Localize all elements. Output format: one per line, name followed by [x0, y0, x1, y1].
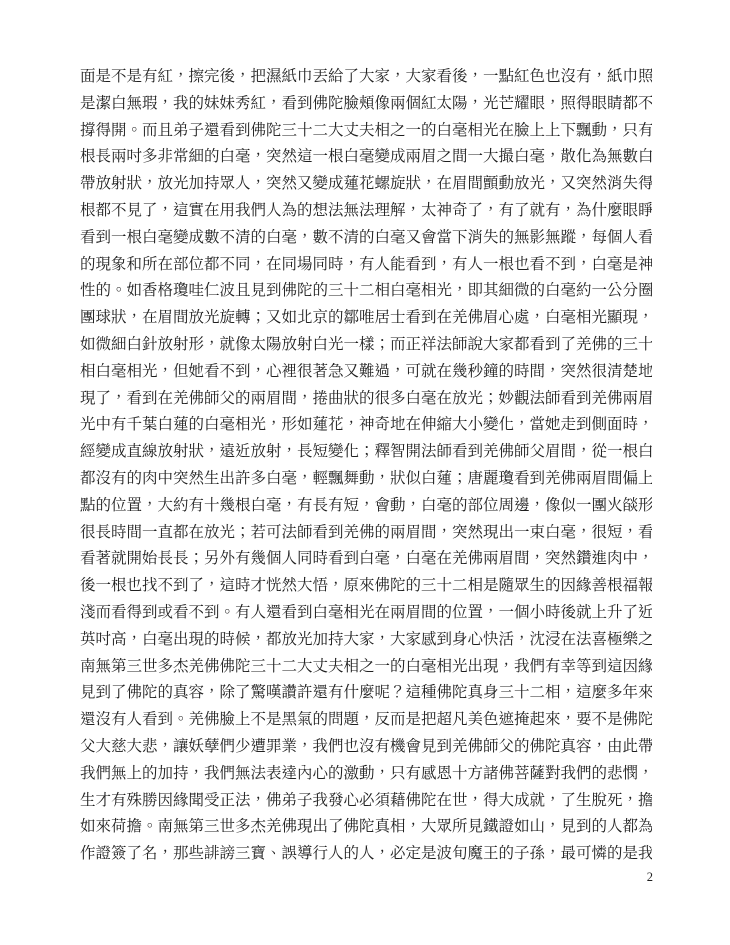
text-line: 看到一根白毫變成數不清的白毫，數不清的白毫又會當下消失的無影無蹤，每個人看到: [80, 225, 652, 252]
text-line: 南無第三世多杰羌佛佛陀三十二大丈夫相之一的白毫相光出現，我們有幸等到這因緣，: [80, 654, 652, 681]
text-line: 如來荷擔。南無第三世多杰羌佛現出了佛陀真相，大眾所見鐵證如山，見到的人都為此: [80, 814, 652, 841]
text-line: 英吋高，白毫出現的時候，都放光加持大家，大家感到身心快活，沈浸在法喜極樂之中，: [80, 627, 652, 654]
text-line: 是潔白無瑕，我的妹妹秀紅，看到佛陀臉頰像兩個紅太陽，光芒耀眼，照得眼睛都不太: [80, 91, 652, 118]
text-line: 點的位置，大約有十幾根白毫，有長有短，會動，白毫的部位周邊，像似一團火燄形狀，: [80, 493, 652, 520]
text-line: 如微細白針放射形，就像太陽放射白光一樣；而正祥法師說大家都看到了羌佛的三十二: [80, 332, 652, 359]
body-text: 面是不是有紅，擦完後，把濕紙巾丟給了大家，大家看後，一點紅色也沒有，紙巾照常是潔…: [80, 64, 652, 868]
text-line: 父大慈大悲，讓妖孽們少遭罪業，我們也沒有機會見到羌佛師父的佛陀真容，由此帶給: [80, 734, 652, 761]
text-line: 後一根也找不到了，這時才恍然大悟，原來佛陀的三十二相是隨眾生的因緣善根福報深: [80, 573, 652, 600]
text-line: 淺而看得到或看不到。有人還看到白毫相光在兩眉間的位置，一個小時後就上升了近一: [80, 600, 652, 627]
text-line: 都沒有的肉中突然生出許多白毫，輕飄舞動，狀似白蓮；唐麗瓊看到羌佛兩眉間偏上一: [80, 466, 652, 493]
text-line: 團球狀，在眉間放光旋轉；又如北京的鄒唯居士看到在羌佛眉心處，白毫相光顯現，猶: [80, 305, 652, 332]
text-line: 看著就開始長長；另外有幾個人同時看到白毫，白毫在羌佛兩眉間，突然鑽進肉中，最: [80, 546, 652, 573]
text-line: 帶放射狀，放光加持眾人，突然又變成蓮花螺旋狀，在眉間顫動放光，又突然消失得一: [80, 171, 652, 198]
text-line: 根都不見了，這實在用我們人為的想法無法理解，太神奇了，有了就有，為什麼眼睜睜: [80, 198, 652, 225]
text-line: 很長時間一直都在放光；若可法師看到羌佛的兩眉間，突然現出一束白毫，很短，看著: [80, 520, 652, 547]
text-line: 生才有殊勝因緣聞受正法，佛弟子我發心必須藉佛陀在世，得大成就，了生脫死，擔挑: [80, 788, 652, 815]
page-number: 2: [81, 868, 653, 886]
text-line: 現了，看到在羌佛師父的兩眉間，捲曲狀的很多白毫在放光；妙觀法師看到羌佛兩眉間: [80, 386, 652, 413]
text-line: 光中有千葉白蓮的白毫相光，形如蓮花，神奇地在伸縮大小變化，當她走到側面時，已: [80, 412, 652, 439]
text-line: 相白毫相光，但她看不到，心裡很著急又難過，可就在幾秒鐘的時間，突然很清楚地出: [80, 359, 652, 386]
text-line: 見到了佛陀的真容，除了驚嘆讚許還有什麼呢？這種佛陀真身三十二相，這麼多年來，: [80, 680, 652, 707]
text-line: 撐得開。而且弟子還看到佛陀三十二大丈夫相之一的白毫相光在臉上上下飄動，只有一: [80, 118, 652, 145]
text-line: 性的。如香格瓊哇仁波且見到佛陀的三十二相白毫相光，即其細微的白毫約一公分圈成: [80, 278, 652, 305]
text-line: 面是不是有紅，擦完後，把濕紙巾丟給了大家，大家看後，一點紅色也沒有，紙巾照常: [80, 64, 652, 91]
document-page: 面是不是有紅，擦完後，把濕紙巾丟給了大家，大家看後，一點紅色也沒有，紙巾照常是潔…: [0, 0, 730, 945]
text-line: 經變成直線放射狀，遠近放射，長短變化；釋智開法師看到羌佛師父眉間，從一根白毫: [80, 439, 652, 466]
text-line: 的現象和所在部位都不同，在同場同時，有人能看到，有人一根也看不到，白毫是神變: [80, 252, 652, 279]
text-line: 還沒有人看到。羌佛臉上不是黑氣的問題，反而是把超凡美色遮掩起來，要不是佛陀師: [80, 707, 652, 734]
text-line: 作證簽了名，那些誹謗三寶、誤導行人的人，必定是波旬魔王的子孫，最可憐的是我沒: [80, 841, 652, 868]
text-line: 我們無上的加持，我們無法表達內心的激動，只有感恩十方諸佛菩薩對我們的悲憫，今: [80, 761, 652, 788]
text-line: 根長兩吋多非常細的白毫，突然這一根白毫變成兩眉之間一大撮白毫，散化為無數白毫: [80, 144, 652, 171]
